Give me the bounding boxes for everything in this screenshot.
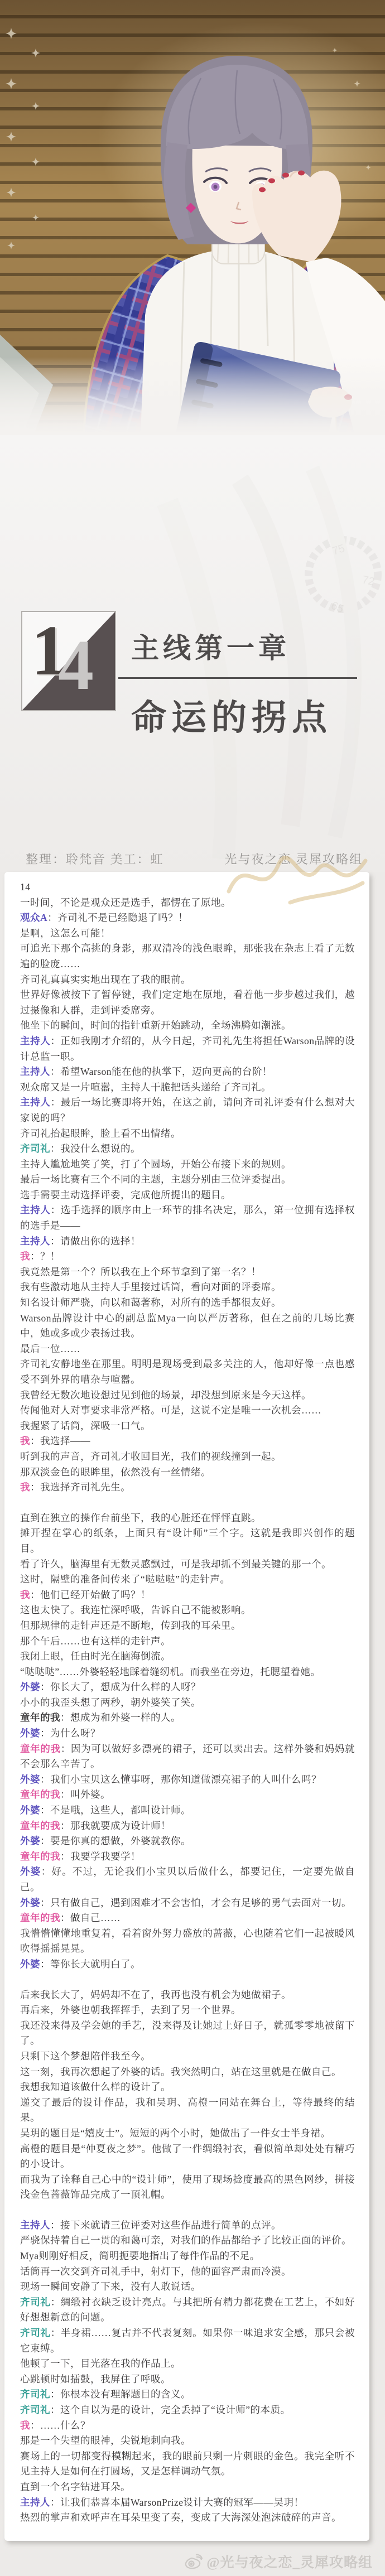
transcript-line: 这也太快了。我连忙深呼吸，告诉自己不能被影响。 (20, 1603, 355, 1618)
speaker-label: 外婆 (20, 1958, 40, 1970)
speaker-label: 我 (20, 1435, 30, 1446)
transcript-line: 我：我选择齐司礼先生。 (20, 1480, 355, 1496)
chapter-title: 主线第一章 (131, 626, 290, 666)
speaker-label: 主持人 (20, 1236, 50, 1247)
transcript-line: 我：……什么？ (20, 2418, 355, 2434)
speaker-label: 外婆 (20, 1866, 41, 1877)
transcript-line: 可追光下那个高挑的身影，那双清冷的浅色眼眸，那张我在杂志上看了无数遍的脸庞…… (20, 941, 355, 972)
transcript-line: 递交了最后的设计作品，我和吴玥、高橙一同站在舞台上，等待最终的结果。 (20, 2095, 355, 2126)
raised-hand (252, 171, 341, 263)
transcript-line: 主持人：让我们恭喜本届WarsonPrize设计大赛的冠军——吴玥！ (20, 2495, 355, 2511)
transcript-line: 我：？！ (20, 1249, 355, 1265)
transcript-line: 看了许久，脑海里有无数灵感飘过，可是我却抓不到最关键的那一个。 (20, 1557, 355, 1572)
speaker-label: 观众A (20, 912, 47, 923)
speaker-label: 齐司礼 (20, 2404, 50, 2415)
speaker-label: 主持人 (20, 1097, 51, 1108)
transcript-line: 童年的我：那我就要成为设计师！ (20, 1818, 355, 1834)
transcript-line: 心跳顿时如擂鼓，我屏住了呼吸。 (20, 2372, 355, 2387)
speaker-label: 我 (20, 1482, 30, 1493)
transcript-line: 他坐下的瞬间，时间的指针重新开始跳动，全场沸腾如潮涨。 (20, 1018, 355, 1034)
transcript-line: 主持人：希望Warson能在他的执掌下，迈向更高的台阶！ (20, 1064, 355, 1080)
transcript-line: 我：他们已经开始做了吗？！ (20, 1588, 355, 1603)
speaker-label: 童年的我 (20, 1712, 60, 1723)
transcript-line: 直到在独立的操作台前坐下，我的心脏还在怦怦直跳。 (20, 1511, 355, 1526)
transcript-line: 齐司礼真真实实地出现在了我的眼前。 (20, 972, 355, 988)
page: 75 72 65 1 4 主线第一章 命运的拐点 整理：聆梵音 美工：虹 光与夜… (0, 0, 385, 2576)
transcript-line: 传闻他对人对事要求非常严格。可是，这说不定是唯一一次机会…… (20, 1403, 355, 1419)
transcript-line: 童年的我：我要学我要学！ (20, 1849, 355, 1865)
transcript-line: 我握紧了话筒，深吸一口气。 (20, 1419, 355, 1434)
transcript-line: 我还没来得及学会她的手艺，没来得及让她过上好日子，就孤零零地被留下了。 (20, 2018, 355, 2049)
speaker-label: 我 (20, 1589, 30, 1600)
transcript-line: 观众席又是一片喧嚣，主持人干脆把话头递给了齐司礼。 (20, 1080, 355, 1096)
transcript-line: 齐司礼：半身裙……复古并不代表复刻。如果你一味追求安全感，那只会被它束缚。 (20, 2326, 355, 2356)
transcript-line: 齐司礼：这个自以为是的设计，完全丢掉了“设计师”的本质。 (20, 2403, 355, 2418)
speaker-label: 齐司礼 (20, 2389, 50, 2400)
transcript-line: 主持人：最后一场比赛即将开始，在这之前，请问齐司礼评委有什么想对大家说的吗？ (20, 1095, 355, 1126)
transcript-line: 赛场上的一切都变得模糊起来，我的眼前只剩一片刺眼的金色。我完全听不见主持人是如何… (20, 2449, 355, 2479)
speaker-label: 主持人 (20, 2220, 50, 2231)
transcript-line: 只剩下这个梦想陪伴我至今。 (20, 2049, 355, 2064)
transcript-line: 我：我选择—— (20, 1434, 355, 1449)
transcript-line: 这时，隔壁的准备间传来了“哒哒哒”的走针声。 (20, 1572, 355, 1588)
transcript-line: 齐司礼抬起眼眸，脸上看不出情绪。 (20, 1126, 355, 1142)
transcript-line: 外婆：我们小宝贝这么懂事呀，那你知道做漂亮裙子的人叫什么吗？ (20, 1772, 355, 1788)
footer-watermark: @光与夜之恋_灵犀攻略组 (184, 2551, 373, 2572)
transcript-line: 观众A：齐司礼不是已经隐退了吗？！ (20, 910, 355, 926)
svg-text:72: 72 (361, 573, 376, 588)
transcript-line: 一时间，不论是观众还是选手，都愣在了原地。 (20, 895, 355, 911)
transcript: 一时间，不论是观众还是选手，都愣在了原地。观众A：齐司礼不是已经隐退了吗？！是啊… (20, 895, 355, 2526)
speaker-label: 齐司礼 (20, 2297, 51, 2308)
transcript-line: 小小的我歪头想了两秒，朝外婆笑了笑。 (20, 1695, 355, 1711)
transcript-line: 我想我知道该做什么样的设计了。 (20, 2080, 355, 2095)
issue-digit-4: 4 (58, 629, 94, 701)
transcript-line: 主持人：选手选择的顺序由上一环节的排名决定，那么，第一位拥有选择权的选手是—— (20, 1203, 355, 1233)
transcript-line: 这一刻，我再次想起了外婆的话。我突然明白，站在这里就是在做自己。 (20, 2064, 355, 2080)
credits-left: 整理：聆梵音 美工：虹 (26, 850, 164, 867)
transcript-line: 外婆：要是你真的想做，外婆就教你。 (20, 1834, 355, 1849)
transcript-line: 我有些激动地从主持人手里接过话筒，看向对面的评委席。 (20, 1280, 355, 1295)
transcript-line: 主持人：请做出你的选择！ (20, 1234, 355, 1250)
transcript-line: 齐司礼：绸缎衬衣缺乏设计亮点。与其把所有精力都花费在工艺上，不如好好想想新意的问… (20, 2295, 355, 2326)
transcript-line: 那双淡金色的眼眸里，依然没有一丝情绪。 (20, 1465, 355, 1480)
transcript-line: 听到我的声音，齐司礼才收回目光，我们的视线撞到一起。 (20, 1449, 355, 1465)
speaker-label: 外婆 (20, 1805, 40, 1816)
transcript-line: 外婆：不是哦，这些人，都叫设计师。 (20, 1803, 355, 1818)
speaker-label: 主持人 (20, 2497, 50, 2508)
weibo-icon (184, 2554, 203, 2569)
transcript-line: 主持人：正如我刚才介绍的，从今日起，齐司礼先生将担任Warson品牌的设计总监一… (20, 1034, 355, 1064)
speaker-label: 童年的我 (20, 1743, 61, 1754)
transcript-line: 外婆：为什么呀？ (20, 1726, 355, 1742)
transcript-line: 我竟然是第一个？所以我在上个环节拿到了第一名？！ (20, 1265, 355, 1280)
transcript-line: 外婆：你长大了，想成为什么样的人呀？ (20, 1680, 355, 1695)
transcript-line: 热烈的掌声和欢呼声在耳朵里变了奏，变成了大海深处泡沫破碎的声音。 (20, 2510, 355, 2526)
transcript-line: 吴玥的题目是“嬉皮士”。短短的两个小时，她做出了一件女士半身裙。 (20, 2126, 355, 2141)
transcript-line: 齐司礼安静地坐在那里。明明是现场受到最多关注的人，他却好像一点也感受不到外界的嘈… (20, 1357, 355, 1387)
speaker-label: 我 (20, 2420, 30, 2431)
panel-heading: 14 (20, 880, 355, 895)
speaker-label: 童年的我 (20, 1912, 60, 1923)
transcript-line: 齐司礼：你根本没有理解题目的含义。 (20, 2387, 355, 2403)
transcript-line: 摊开捏在掌心的纸条，上面只有“设计师”三个字。这就是我即兴创作的题目。 (20, 1526, 355, 1556)
transcript-line: 外婆：等你长大就明白了。 (20, 1957, 355, 1972)
transcript-line: 童年的我：想成为和外婆一样的人。 (20, 1710, 355, 1726)
transcript-line: 再后来，外婆也朝我挥挥手，去到了另一个世界。 (20, 2003, 355, 2018)
transcript-line: 我懵懵懂懂地重复着，看着窗外努力盛放的蔷薇，心也随着它们一起被暖风吹得摇摇晃晃。 (20, 1926, 355, 1957)
episode-title: 命运的拐点 (131, 689, 332, 740)
transcript-line: 而我为了诠释自己心中的“设计师”，使用了现场捻度最高的黑色网纱，拼接浅金色蔷薇饰… (20, 2172, 355, 2203)
transcript-line: 外婆：好。不过，无论我们小宝贝以后做什么，都要记住，一定要先做自己。 (20, 1864, 355, 1895)
speaker-label: 主持人 (20, 1204, 51, 1215)
speaker-label: 外婆 (20, 1728, 40, 1739)
speaker-label: 主持人 (20, 1066, 50, 1077)
speaker-label: 齐司礼 (20, 2327, 51, 2338)
transcript-line: 后来我长大了，妈妈却不在了，我再也没有机会为她做裙子。 (20, 1988, 355, 2003)
transcript-line: 童年的我：因为可以做好多漂亮的裙子，还可以卖出去。这样外婆和妈妈就不会那么辛苦了… (20, 1742, 355, 1772)
transcript-line: 是啊，这怎么可能！ (20, 926, 355, 942)
transcript-line: 他顿了一下，目光落在我的作品上。 (20, 2356, 355, 2372)
transcript-line: 我闭上眼，任由时光在脑海倒流。 (20, 1649, 355, 1665)
speaker-label: 外婆 (20, 1774, 40, 1785)
transcript-line: 童年的我：叫外婆。 (20, 1787, 355, 1803)
transcript-line: 我曾经无数次地设想过见到他的场景，却没想到原来是今天这样。 (20, 1388, 355, 1403)
transcript-line: 世界好像被按下了暂停键，我们定定地在原地，看着他一步步越过我们，越过摄像和人群，… (20, 987, 355, 1018)
sparkle-decor (6, 28, 40, 249)
transcript-line: 主持人：接下来就请三位评委对这些作品进行简单的点评。 (20, 2218, 355, 2234)
transcript-line: 选手需要主动选择评委，完成他所提出的题目。 (20, 1188, 355, 1203)
transcript-line: 最后一场比赛有三个不同的主题，主题分别由三位评委提出。 (20, 1172, 355, 1188)
transcript-line: 齐司礼：我没什么想说的。 (20, 1141, 355, 1157)
transcript-line: 主持人尴尬地笑了笑，打了个圆场，开始公布接下来的规则。 (20, 1157, 355, 1173)
transcript-line: 外婆：只有做自己，遇到困难才不会害怕，才会有足够的勇气去面对一切。 (20, 1895, 355, 1911)
transcript-line: Mya则刚好相反，简明扼要地指出了每件作品的不足。 (20, 2249, 355, 2264)
transcript-line: 知名设计师严骁，向以和蔼著称，对所有的选手都很友好。 (20, 1295, 355, 1311)
transcript-line: 严骁保持着自己一贯的和蔼可亲，对我们的作品都给予了比较正面的评价。 (20, 2233, 355, 2249)
credits-right: 光与夜之恋 灵犀攻略组 (224, 850, 363, 867)
speaker-label: 外婆 (20, 1897, 40, 1908)
transcript-line: 高橙的题目是“仲夏夜之梦”。他做了一件绸缎衬衣，看似简单却处处有精巧的小设计。 (20, 2141, 355, 2172)
speaker-label: 主持人 (20, 1035, 50, 1046)
transcript-line: Warson品牌设计中心的副总监Mya一向以严厉著称，但在之前的几场比赛中，她或… (20, 1311, 355, 1342)
transcript-line: 话筒再一次交到齐司礼手中，射灯下，他的面容严肃而冷漠。 (20, 2264, 355, 2280)
transcript-line: “哒哒哒”……外婆轻轻地踩着缝纫机。而我坐在旁边，托腮望着她。 (20, 1665, 355, 1680)
title-divider (118, 677, 357, 679)
speaker-label: 外婆 (20, 1681, 40, 1692)
speaker-label: 外婆 (20, 1835, 40, 1846)
transcript-line: 但那规律的走针声还是不断地，传到我的耳朵里。 (20, 1618, 355, 1634)
speaker-label: 齐司礼 (20, 1143, 50, 1154)
transcript-panel: 14 一时间，不论是观众还是选手，都愣在了原地。观众A：齐司礼不是已经隐退了吗？… (4, 872, 369, 2541)
speaker-label: 童年的我 (20, 1851, 60, 1862)
transcript-line: 直到一个名字钻进耳朵。 (20, 2479, 355, 2495)
transcript-line: 那是一个失望的眼神，尖锐地刺向我。 (20, 2433, 355, 2449)
hero-fade (0, 357, 385, 435)
speaker-label: 童年的我 (20, 1789, 60, 1800)
transcript-line: 童年的我：做自己…… (20, 1911, 355, 1926)
transcript-line: 现场一瞬间安静了下来，没有人敢说话。 (20, 2279, 355, 2295)
transcript-line: 那个午后……也有这样的走针声。 (20, 1634, 355, 1649)
transcript-line: 最后一位…… (20, 1342, 355, 1357)
speaker-label: 我 (20, 1251, 30, 1262)
speaker-label: 童年的我 (20, 1820, 60, 1831)
footer-watermark-text: @光与夜之恋_灵犀攻略组 (206, 2551, 373, 2572)
